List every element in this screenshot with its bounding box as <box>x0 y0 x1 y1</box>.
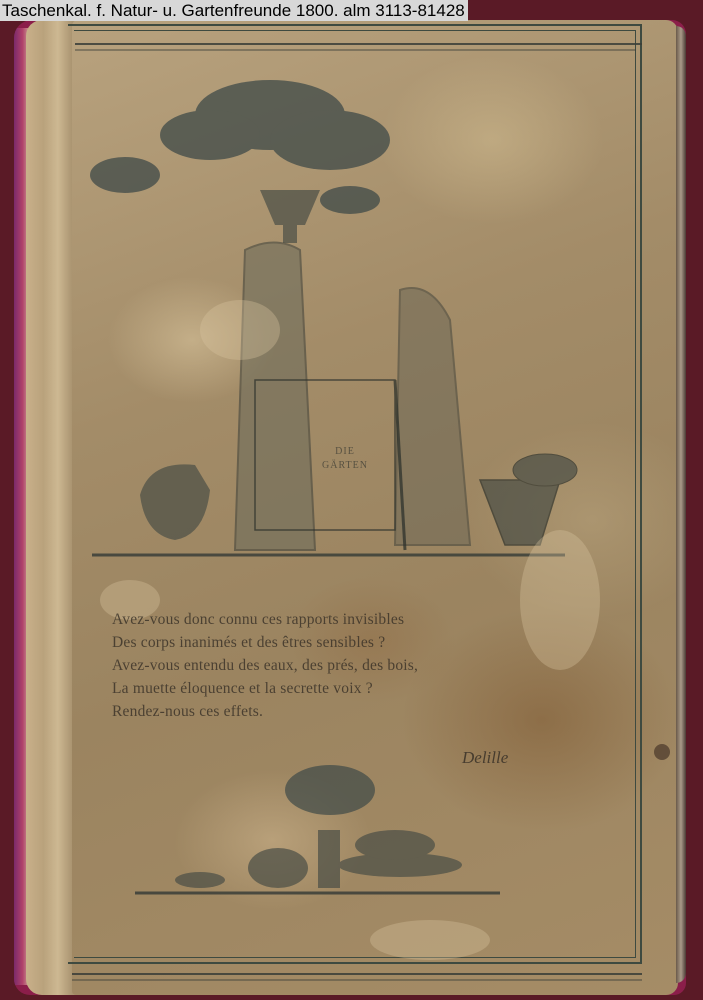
poem-line: Rendez-nous ces effets. <box>112 700 552 723</box>
plaque-line: DIE <box>322 445 368 459</box>
plaque-line: GÄRTEN <box>322 459 368 473</box>
image-caption: Taschenkal. f. Natur- u. Gartenfreunde 1… <box>0 0 468 21</box>
plaque-inscription: DIE GÄRTEN <box>322 445 368 473</box>
poem-line: Avez-vous entendu des eaux, des prés, de… <box>112 654 552 677</box>
poem-line: La muette éloquence et la secrette voix … <box>112 677 552 700</box>
poem-author: Delille <box>462 748 508 768</box>
poem-text: Avez-vous donc connu ces rapports invisi… <box>112 608 552 723</box>
poem-line: Avez-vous donc connu ces rapports invisi… <box>112 608 552 631</box>
page-edge <box>676 26 686 983</box>
poem-line: Des corps inanimés et des êtres sensible… <box>112 631 552 654</box>
cover-frame-inner <box>74 30 636 958</box>
